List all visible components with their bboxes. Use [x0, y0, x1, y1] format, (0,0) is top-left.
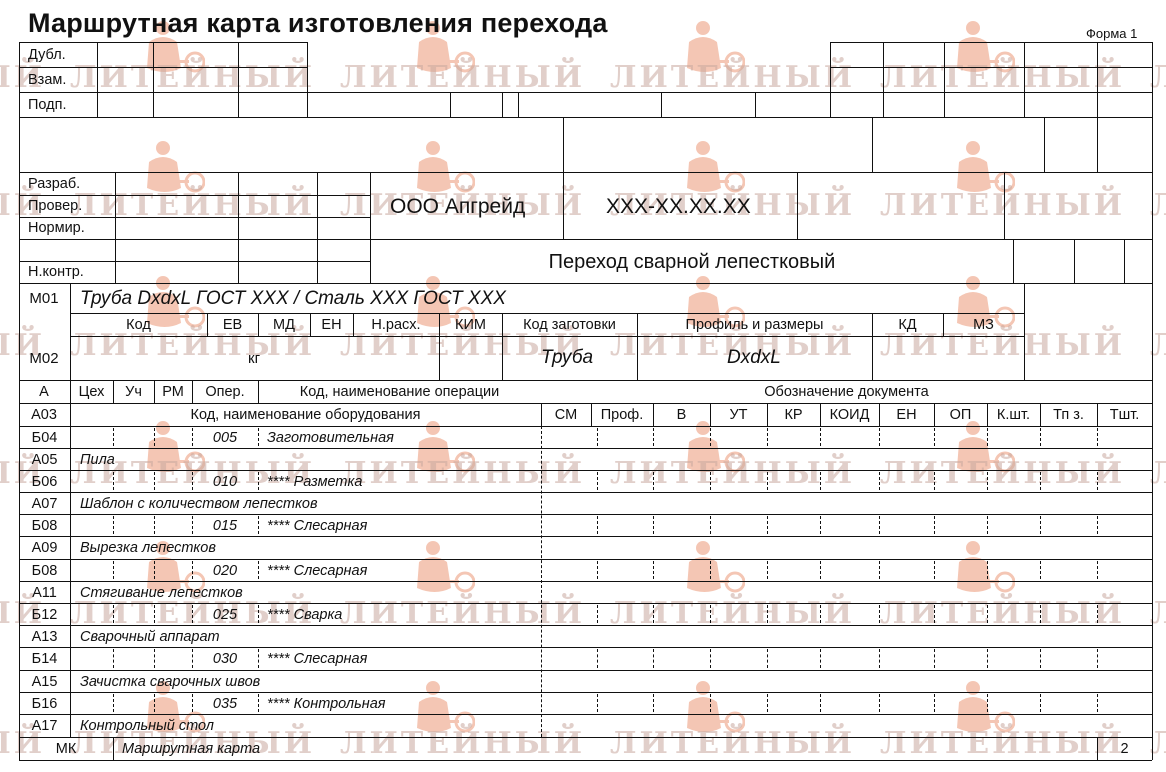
footer-doc-type: Маршрутная карта [122, 742, 260, 757]
operation-name[interactable]: **** Разметка [267, 475, 362, 490]
grid-line [19, 581, 1152, 582]
grid-line [1040, 516, 1041, 534]
grid-line [767, 472, 768, 490]
grid-line [19, 559, 1152, 560]
grid-line [113, 561, 114, 579]
grid-line [934, 694, 935, 712]
norm-col-header: КР [767, 408, 820, 423]
operation-col-header: Код, наименование операции [258, 385, 541, 400]
grid-line [653, 516, 654, 534]
sign-label-razrab: Разраб. [28, 177, 80, 192]
material-col-header: Н.расх. [353, 318, 439, 333]
grid-line [1040, 694, 1041, 712]
grid-line [767, 605, 768, 623]
foundry-worker-icon [405, 540, 475, 602]
grid-line [153, 42, 154, 117]
grid-line [653, 472, 654, 490]
grid-line [19, 42, 307, 43]
operation-number: 010 [192, 475, 258, 490]
grid-line [97, 42, 98, 117]
grid-line [19, 492, 1152, 493]
grid-line [113, 516, 114, 534]
norm-col-header: СМ [541, 408, 591, 423]
grid-line [820, 428, 821, 446]
material-col-header: ЕН [310, 318, 353, 333]
grid-line [450, 92, 451, 117]
grid-line [19, 403, 1152, 404]
grid-line [830, 67, 1152, 68]
grid-line [19, 92, 1152, 93]
grid-line [820, 649, 821, 668]
footer-code: МК [19, 742, 113, 757]
organization-name: ООО Апгрейд [390, 196, 525, 217]
sign-label-nkontr: Н.контр. [28, 265, 84, 280]
grid-line [653, 649, 654, 668]
grid-line [19, 514, 1152, 515]
grid-line [934, 428, 935, 446]
material-col-header: МД [258, 318, 310, 333]
norm-col-header: Тшт. [1097, 408, 1152, 423]
grid-line [710, 516, 711, 534]
grid-line [70, 336, 1024, 337]
grid-line [154, 428, 155, 446]
row-code: Б08 [19, 519, 70, 534]
grid-line [710, 561, 711, 579]
operation-name[interactable]: **** Слесарная [267, 564, 367, 579]
grid-line [987, 649, 988, 668]
part-name: Переход сварной лепестковый [370, 252, 1014, 272]
material-col-header: Код [70, 318, 207, 333]
grid-line [597, 694, 598, 712]
grid-line [597, 428, 598, 446]
operation-number: 030 [192, 652, 258, 667]
grid-line [883, 42, 884, 117]
row-code: Б06 [19, 475, 70, 490]
grid-line [258, 516, 259, 534]
grid-line [19, 625, 1152, 626]
operation-col-header: РМ [154, 385, 192, 400]
grid-line [710, 605, 711, 623]
grid-line [19, 283, 1152, 284]
grid-line [597, 516, 598, 534]
doc-designation-header: Обозначение документа [541, 385, 1152, 400]
grid-line [879, 649, 880, 668]
grid-line [767, 694, 768, 712]
operation-number: 025 [192, 608, 258, 623]
grid-line [879, 694, 880, 712]
operation-number: 020 [192, 564, 258, 579]
grid-line [987, 561, 988, 579]
row-code: А13 [19, 630, 70, 645]
grid-line [1097, 561, 1098, 579]
equipment-name[interactable]: Контрольный стол [80, 719, 214, 734]
grid-line [19, 426, 1152, 427]
grid-line [1040, 649, 1041, 668]
grid-line [944, 42, 945, 117]
document-number: XXX-XX.XX.XX [606, 196, 751, 217]
grid-line [767, 649, 768, 668]
watermark-text: ЛИТЕЙНЫЙ [880, 328, 1125, 363]
grid-line [1024, 42, 1025, 117]
grid-line [987, 472, 988, 490]
grid-line [879, 428, 880, 446]
operation-number: 015 [192, 519, 258, 534]
row-code: А05 [19, 453, 70, 468]
grid-line [258, 428, 259, 446]
grid-line [113, 605, 114, 623]
page-number: 2 [1097, 742, 1152, 757]
operation-name[interactable]: **** Сварка [267, 608, 342, 623]
grid-line [19, 647, 1152, 648]
grid-line [1040, 561, 1041, 579]
grid-line [934, 605, 935, 623]
grid-line [653, 561, 654, 579]
sign-label-prover: Провер. [28, 199, 82, 214]
grid-line [19, 760, 1152, 761]
grid-line [19, 380, 1152, 381]
row-code: А09 [19, 541, 70, 556]
grid-line [113, 737, 114, 760]
equipment-name[interactable]: Пила [80, 453, 115, 468]
watermark-text: ЛИТЕЙНЫЙ [880, 726, 1125, 761]
grid-line [934, 649, 935, 668]
grid-line [19, 670, 1152, 671]
grid-line [258, 605, 259, 623]
grid-line [1097, 605, 1098, 623]
norm-col-header: ЕН [879, 408, 934, 423]
row-code: Б12 [19, 608, 70, 623]
grid-line [1024, 283, 1025, 380]
grid-line [1004, 172, 1005, 239]
grid-line [820, 516, 821, 534]
grid-line [113, 649, 114, 668]
norm-col-header: Проф. [591, 408, 653, 423]
norm-col-header: К.шт. [987, 408, 1040, 423]
grid-line [1097, 42, 1098, 117]
grid-line [879, 605, 880, 623]
grid-line [154, 516, 155, 534]
grid-line [987, 428, 988, 446]
stamp-label-dubl: Дубл. [28, 48, 66, 63]
grid-line [1152, 42, 1153, 760]
grid-line [518, 92, 519, 117]
norm-col-header: ОП [934, 408, 987, 423]
page-title: Маршрутная карта изготовления перехода [28, 8, 608, 39]
grid-line [154, 694, 155, 712]
equipment-name[interactable]: Стягивание лепестков [80, 586, 243, 601]
material-col-header: КД [872, 318, 943, 333]
grid-line [541, 426, 542, 737]
equipment-name[interactable]: Вырезка лепестков [80, 541, 216, 556]
material-col-header: КИМ [439, 318, 502, 333]
row-code: А07 [19, 497, 70, 512]
grid-line [879, 561, 880, 579]
grid-line [1097, 516, 1098, 534]
grid-line [710, 472, 711, 490]
operation-name[interactable]: **** Контрольная [267, 697, 386, 712]
norm-col-header: УТ [710, 408, 767, 423]
grid-line [637, 336, 638, 380]
m02-blank: Труба [541, 348, 593, 367]
material-col-header: Профиль и размеры [637, 318, 872, 333]
grid-line [113, 428, 114, 446]
grid-line [115, 172, 116, 283]
grid-line [1097, 694, 1098, 712]
equipment-name[interactable]: Шаблон с количеством лепестков [80, 497, 318, 512]
grid-line [597, 649, 598, 668]
grid-line [70, 313, 1024, 314]
grid-line [653, 605, 654, 623]
grid-line [710, 428, 711, 446]
grid-line [70, 426, 71, 737]
equipment-name[interactable]: Зачистка сварочных швов [80, 675, 260, 690]
grid-line [879, 472, 880, 490]
grid-line [934, 516, 935, 534]
watermark-text: ЛИТЕЙНЫЙ [70, 328, 315, 363]
material-col-header: ЕВ [207, 318, 258, 333]
grid-line [19, 714, 1152, 715]
grid-line [653, 694, 654, 712]
grid-line [19, 448, 1152, 449]
grid-line [19, 536, 1152, 537]
grid-line [238, 172, 239, 283]
operation-name[interactable]: **** Слесарная [267, 519, 367, 534]
m02-profile: DxdxL [727, 348, 781, 367]
grid-line [830, 42, 831, 117]
foundry-worker-icon [945, 540, 1015, 602]
grid-line [1097, 649, 1098, 668]
material-col-header: МЗ [943, 318, 1024, 333]
watermark-text: ЛИТЕЙНЫЙ [340, 456, 585, 491]
grid-line [661, 92, 662, 117]
grid-line [1097, 428, 1098, 446]
grid-line [1124, 239, 1125, 283]
row-code: Б04 [19, 431, 70, 446]
grid-line [1040, 472, 1041, 490]
sign-label-normir: Нормир. [28, 221, 85, 236]
grid-line [1097, 472, 1098, 490]
grid-line [1040, 605, 1041, 623]
watermark-text: ЛИТЕЙНЫЙ [610, 726, 855, 761]
row-code: Б08 [19, 564, 70, 579]
grid-line [19, 603, 1152, 604]
m02-code: М02 [19, 351, 69, 366]
row-code: Б14 [19, 652, 70, 667]
grid-line [872, 117, 873, 172]
grid-line [370, 239, 1152, 240]
grid-line [987, 694, 988, 712]
watermark-text: ЛИТЕЙНЫЙ [610, 60, 855, 95]
material-col-header: Код заготовки [502, 318, 637, 333]
row-code: А17 [19, 719, 70, 734]
grid-line [597, 605, 598, 623]
norm-col-header: КОИД [820, 408, 879, 423]
watermark-text: ЛИТЕЙНЫЙ [340, 60, 585, 95]
grid-line [258, 561, 259, 579]
grid-line [597, 561, 598, 579]
equipment-header: Код, наименование оборудования [70, 408, 541, 423]
watermark-text: ЛИТЕЙНЫЙ [610, 456, 855, 491]
grid-line [934, 561, 935, 579]
grid-line [872, 336, 873, 380]
grid-line [1044, 117, 1045, 172]
grid-line [19, 692, 1152, 693]
grid-line [154, 561, 155, 579]
row-code: А11 [19, 586, 70, 601]
grid-line [820, 561, 821, 579]
grid-line [439, 336, 440, 380]
grid-line [154, 605, 155, 623]
grid-line [154, 472, 155, 490]
operation-col-header: Цех [70, 385, 113, 400]
m02-unit: кг [248, 351, 260, 366]
stamp-label-vzam: Взам. [28, 73, 66, 88]
grid-line [710, 694, 711, 712]
grid-line [258, 649, 259, 668]
grid-line [258, 694, 259, 712]
grid-line [238, 42, 239, 117]
operation-number: 035 [192, 697, 258, 712]
grid-line [113, 694, 114, 712]
grid-line [317, 172, 318, 283]
operation-col-header: Уч [113, 385, 154, 400]
grid-line [767, 561, 768, 579]
grid-line [563, 117, 564, 172]
row-code: Б16 [19, 697, 70, 712]
grid-line [1040, 428, 1041, 446]
form-label: Форма 1 [1086, 27, 1137, 40]
grid-line [19, 737, 1152, 738]
grid-line [154, 649, 155, 668]
watermark-text: ЛИТЕЙНЫЙ [880, 456, 1125, 491]
grid-line [820, 472, 821, 490]
grid-line [258, 472, 259, 490]
grid-line [1097, 117, 1098, 172]
grid-line [597, 472, 598, 490]
grid-line [19, 117, 1152, 118]
watermark-text: ЛИТЕЙНЫЙ [880, 60, 1125, 95]
grid-line [767, 516, 768, 534]
grid-line [820, 605, 821, 623]
grid-line [19, 172, 1152, 173]
grid-line [307, 42, 308, 117]
grid-line [934, 472, 935, 490]
row-a03-code: А03 [19, 408, 69, 423]
grid-line [502, 336, 503, 380]
grid-line [820, 694, 821, 712]
grid-line [113, 472, 114, 490]
grid-line [502, 92, 503, 117]
stamp-label-podp: Подп. [28, 98, 67, 113]
grid-line [563, 172, 564, 239]
watermark-text: ЛИТЕЙНЫЙ [880, 188, 1125, 223]
norm-col-header: В [653, 408, 710, 423]
operation-name[interactable]: **** Слесарная [267, 652, 367, 667]
grid-line [830, 42, 1152, 43]
grid-line [987, 605, 988, 623]
grid-line [19, 67, 307, 68]
grid-line [797, 172, 798, 239]
watermark-text: ЛИТЕЙНЫЙ [70, 60, 315, 95]
norm-col-header: Тп з. [1040, 408, 1097, 423]
grid-line [767, 428, 768, 446]
m01-material: Труба DxdxL ГОСТ XXX / Сталь XXX ГОСТ XX… [80, 289, 506, 308]
grid-line [755, 92, 756, 117]
operation-name[interactable]: Заготовительная [267, 431, 394, 446]
equipment-name[interactable]: Сварочный аппарат [80, 630, 220, 645]
m01-code: М01 [19, 291, 69, 306]
grid-line [1074, 239, 1075, 283]
row-a-code: А [19, 385, 69, 400]
grid-line [19, 470, 1152, 471]
grid-line [987, 516, 988, 534]
grid-line [710, 649, 711, 668]
row-code: А15 [19, 675, 70, 690]
operation-col-header: Опер. [192, 385, 258, 400]
operation-number: 005 [192, 431, 258, 446]
watermark-text: ЛИТЕЙНЫЙ [340, 726, 585, 761]
grid-line [653, 428, 654, 446]
grid-line [879, 516, 880, 534]
